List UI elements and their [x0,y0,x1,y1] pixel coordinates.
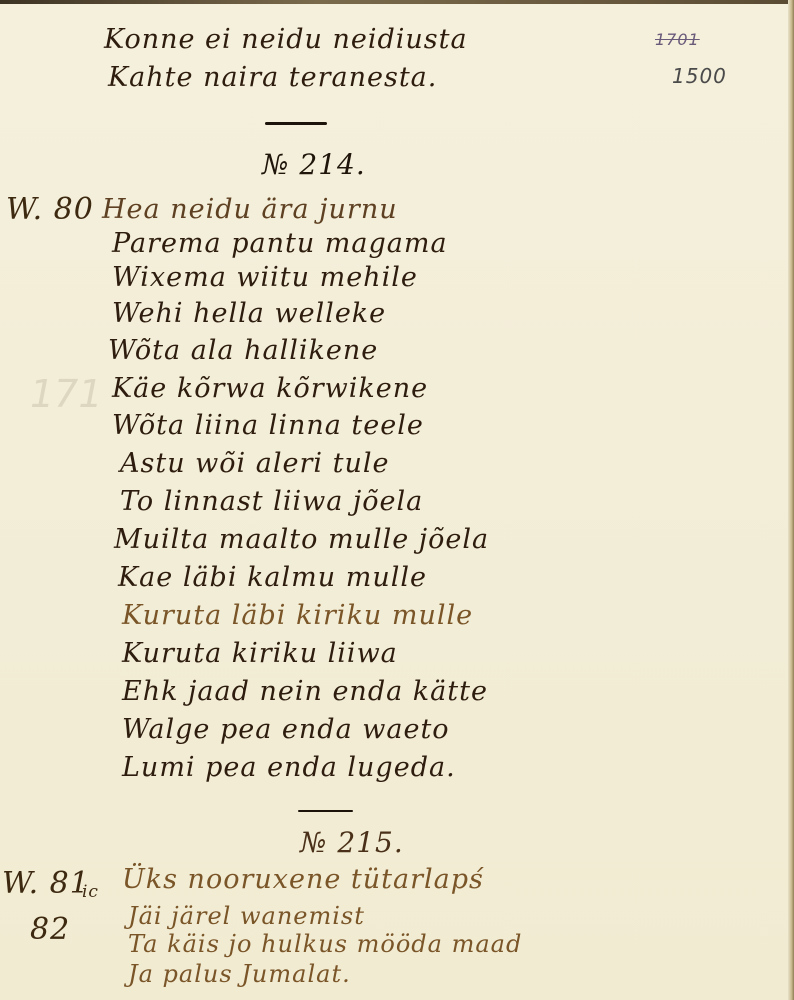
section-divider [265,122,327,125]
verse-line: Wõta ala hallikene [108,335,378,366]
verse-line: Walge pea enda waeto [122,714,450,745]
continuation-line: Konne ei neidu neidiusta [104,24,468,55]
verse-line: Ta käis jo hulkus mööda maad [128,930,522,958]
verse-line: Hea neidu ära jurnu [102,194,398,225]
verse-line: Lumi pea enda lugeda. [122,752,456,783]
margin-reference-2: 82 [30,912,70,947]
verse-line: Kuruta kiriku liiwa [122,638,398,669]
verse-line: Üks nooruxene tütarlapś [122,864,484,895]
verse-line: Käe kõrwa kõrwikene [112,373,428,404]
continuation-line: Kahte naira teranesta. [108,62,437,93]
verse-line: Wixema wiitu mehile [112,262,418,293]
verse-line: Ja palus Jumalat. [128,960,351,988]
section-divider [298,810,353,812]
margin-reference: W. 81 [2,866,90,901]
verse-line: Wehi hella welleke [112,298,386,329]
margin-reference-suffix: ic [82,882,99,902]
verse-line: Jäi järel wanemist [128,902,365,930]
verse-line: Muilta maalto mulle jõela [114,524,489,555]
verse-line: Astu wõi aleri tule [120,448,389,479]
bleed-through-marking: 171 [30,372,103,416]
page-right-edge [788,0,794,1000]
song-heading: № 214. [262,148,366,181]
margin-reference: W. 80 [6,192,94,227]
pencil-page-number: 1500 [672,64,727,88]
verse-line: Kae läbi kalmu mulle [118,562,427,593]
verse-line: Ehk jaad nein enda kätte [122,676,488,707]
verse-line: Kuruta läbi kiriku mulle [122,600,473,631]
song-heading: № 215. [300,826,404,859]
verse-line: Parema pantu magama [112,228,448,259]
manuscript-page: 1701 1500 Konne ei neidu neidiusta Kahte… [0,0,794,1000]
verse-line: To linnast liiwa jõela [120,486,423,517]
struck-stamp-number: 1701 [655,30,700,49]
verse-line: Wõta liina linna teele [112,410,424,441]
page-top-edge [0,0,794,4]
